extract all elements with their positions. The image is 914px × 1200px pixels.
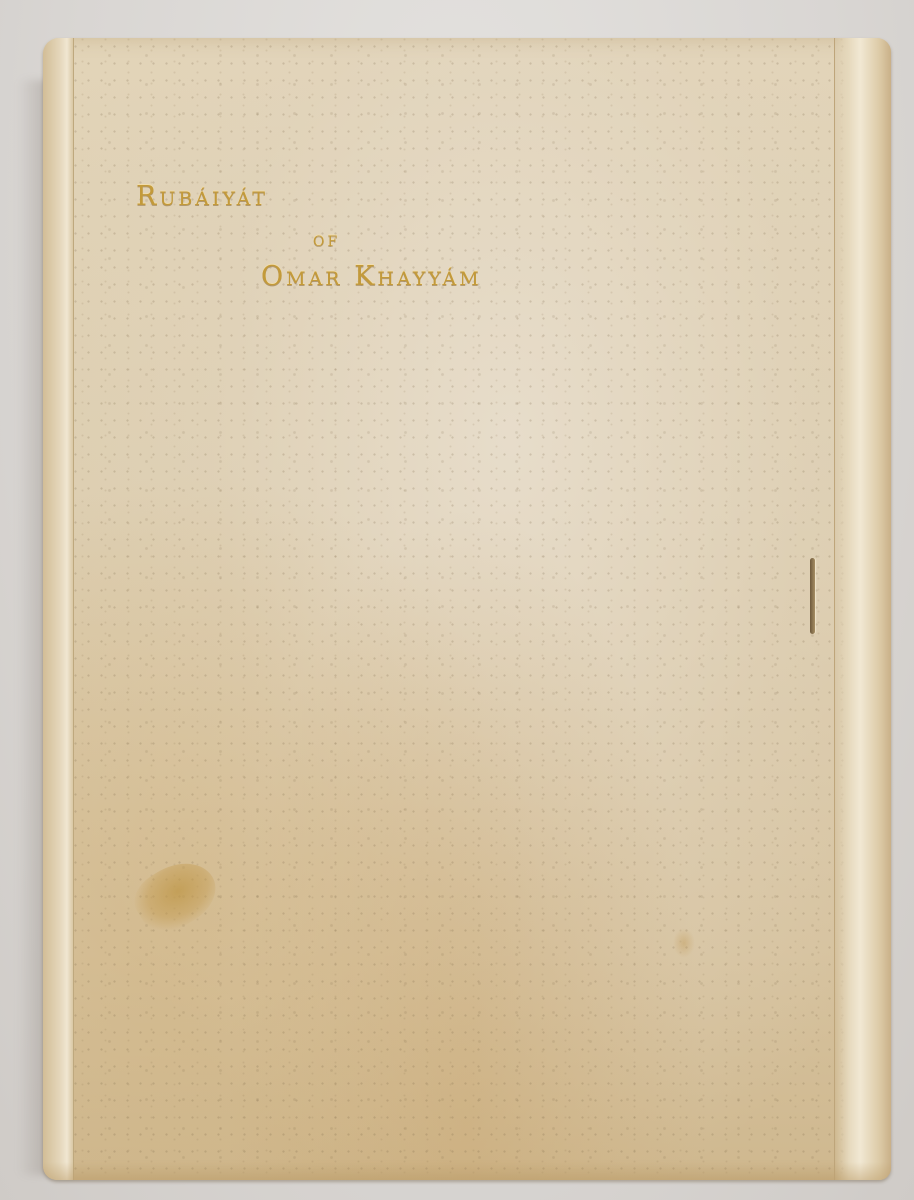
cover-spot — [673, 928, 695, 958]
book-cover: Rubáiyát of Omar Khayyám — [43, 38, 891, 1180]
title-line-omar-khayyam: Omar Khayyám — [261, 263, 482, 290]
title-line-rubaiyat: Rubáiyát — [136, 183, 268, 210]
bottom-edge — [43, 1162, 891, 1180]
fore-edge-yapp — [834, 38, 891, 1180]
tie-slot — [810, 558, 815, 634]
spine-fold — [43, 38, 74, 1180]
title-line-of: of — [313, 229, 340, 249]
